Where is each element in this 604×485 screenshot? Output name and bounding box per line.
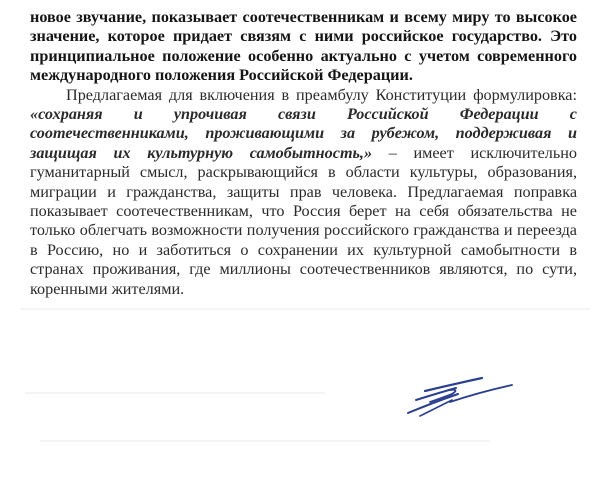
document-page: новое звучание, показывает соотечественн…: [30, 8, 577, 299]
faint-line: [25, 392, 325, 394]
paragraph-conclusion: новое звучание, показывает соотечественн…: [30, 8, 577, 86]
faint-line: [40, 440, 490, 442]
handwritten-signature-icon: [390, 370, 520, 425]
faint-line: [20, 308, 590, 310]
proposal-intro: Предлагаемая для включения в преамбулу К…: [66, 86, 577, 104]
paragraph-proposal: Предлагаемая для включения в преамбулу К…: [30, 86, 577, 299]
signature: [390, 370, 520, 425]
proposal-explanation: – имеет исключительно гуманитарный смысл…: [30, 144, 577, 298]
